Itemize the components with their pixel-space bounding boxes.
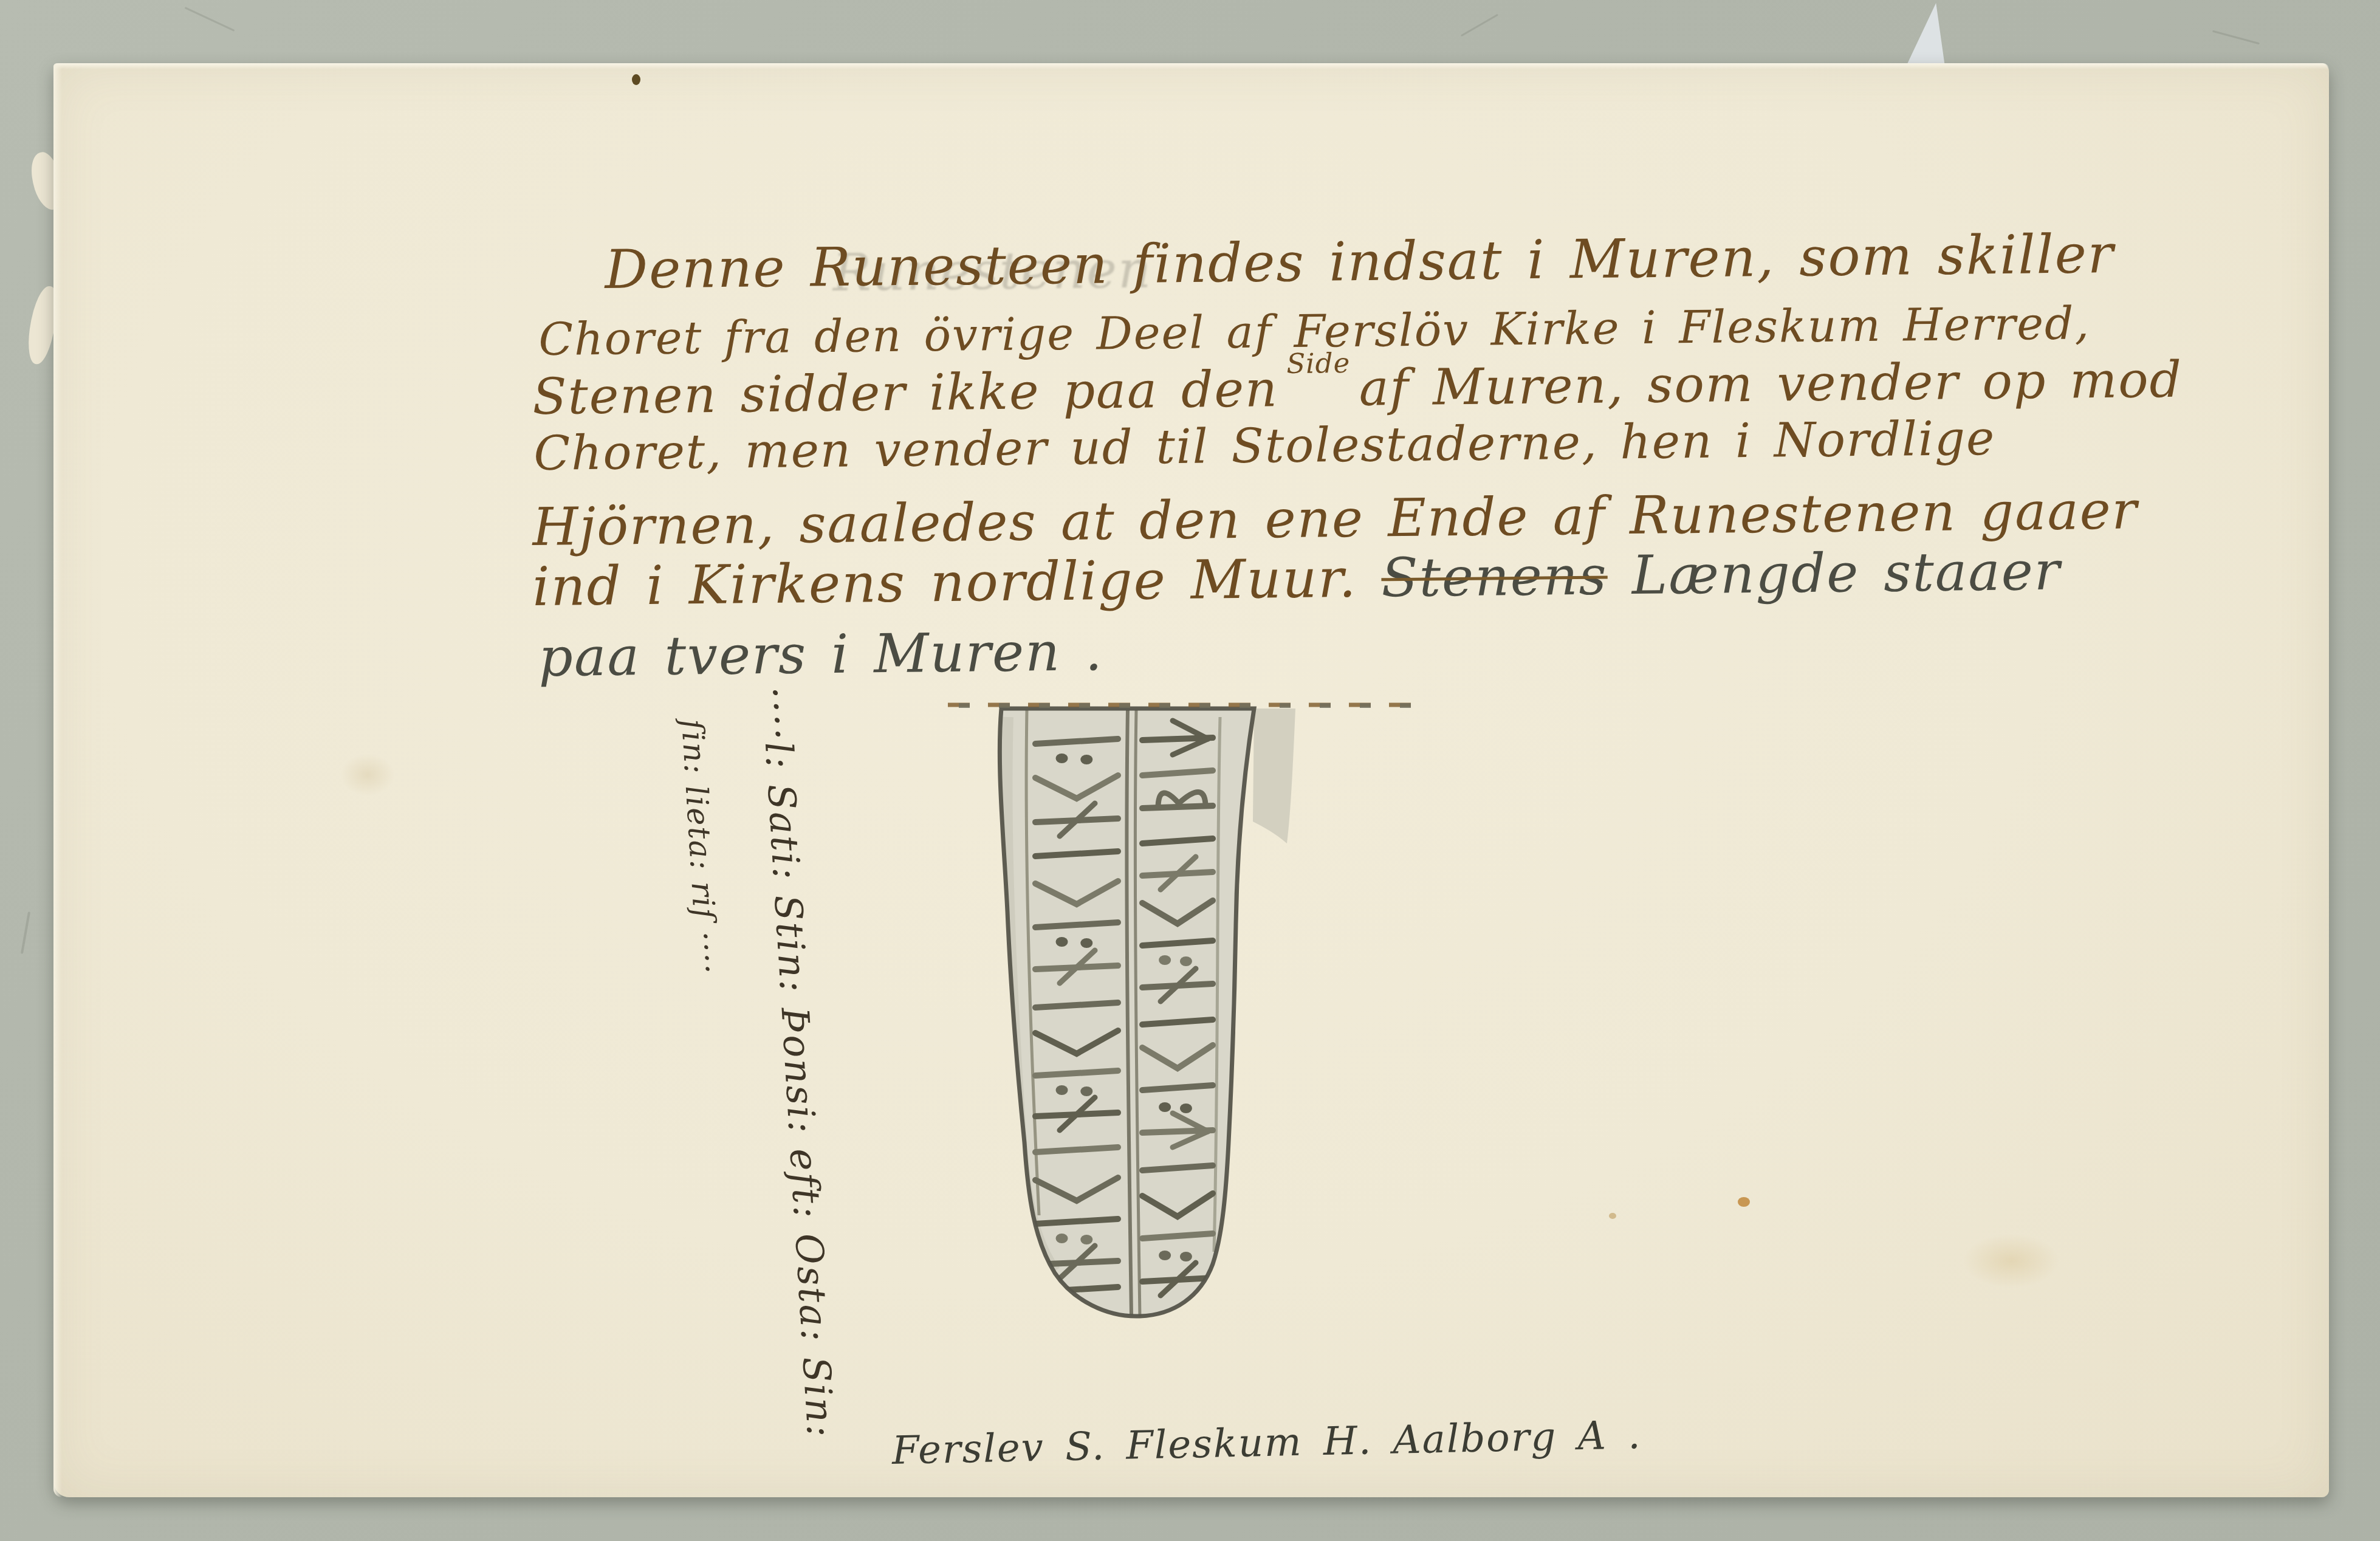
manuscript-line: paa tvers i Muren . [538,620,1103,688]
foxing-stain [340,753,395,796]
foxing-spot [1738,1197,1750,1207]
backdrop-fiber [1461,14,1498,37]
line6-text-grey: Længde staaer [1607,540,2061,607]
foxing-spot [1609,1213,1616,1219]
ink-speck [632,74,640,85]
backdrop-fiber [21,911,30,954]
backdrop-fiber [185,7,235,32]
inserted-word: Side [1286,347,1350,380]
runestone-drawing [936,681,1428,1343]
line3-text-after: af Muren, som vender op mod [1359,351,2183,417]
struck-word: Stenens [1381,544,1608,609]
scanned-manuscript-page: Runestenen Denne Runesteen findes indsat… [0,0,2380,1541]
runestone-svg [936,681,1428,1343]
line3-text-before: Stenen sidder ikke paa den [532,360,1278,426]
backdrop-fiber [2212,30,2260,45]
foxing-stain [1963,1234,2060,1288]
line6-text: ind i Kirkens nordlige Muur. [532,546,1382,618]
